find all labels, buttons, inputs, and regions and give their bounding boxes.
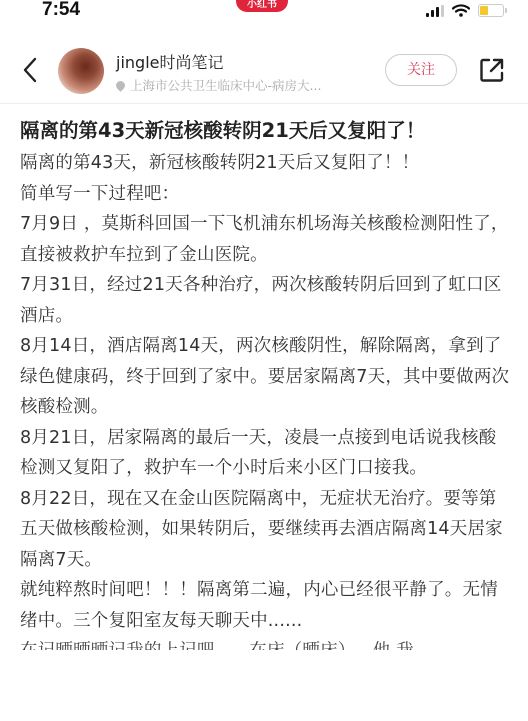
status-time: 7:54 — [42, 0, 80, 21]
post-paragraph: 隔离的第43天，新冠核酸转阴21天后又复阳了！！ — [20, 148, 510, 179]
share-icon — [478, 56, 506, 84]
post-paragraph: 8月22日，现在又在金山医院隔离中，无症状无治疗。要等第五天做核酸检测，如果转阴… — [20, 484, 510, 576]
post-paragraph: 就纯粹熬时间吧！！！隔离第二遍，内心已经很平静了。无情绪中。三个复阳室友每天聊天… — [20, 575, 510, 636]
status-bar: 7:54 小红书 — [0, 0, 528, 30]
location-text: 上海市公共卫生临床中心-病房大... — [130, 76, 321, 94]
post-paragraph-truncated: 在记晒晒晒记我的上记吧......在床（晒床）...他.我... — [20, 636, 510, 650]
author-name[interactable]: jingle时尚笔记 — [116, 50, 223, 73]
post-content: 隔离的第43天新冠核酸转阴21天后又复阳了！ 隔离的第43天，新冠核酸转阴21天… — [20, 114, 510, 650]
post-paragraph: 7月31日，经过21天各种治疗，两次核酸转阴后回到了虹口区酒店。 — [20, 270, 510, 331]
battery-icon — [478, 4, 504, 17]
author-location[interactable]: 上海市公共卫生临床中心-病房大... — [116, 76, 321, 94]
app-badge: 小红书 — [236, 0, 288, 12]
status-icons — [426, 4, 504, 17]
avatar[interactable] — [58, 48, 104, 94]
signal-icon — [426, 5, 444, 17]
location-pin-icon — [114, 79, 127, 92]
chevron-left-icon — [22, 56, 38, 84]
post-title: 隔离的第43天新冠核酸转阴21天后又复阳了！ — [20, 114, 510, 148]
share-button[interactable] — [478, 56, 506, 84]
post-header: jingle时尚笔记 上海市公共卫生临床中心-病房大... 关注 — [0, 36, 528, 104]
wifi-icon — [452, 4, 470, 17]
post-paragraph: 7月9日 ，莫斯科回国一下飞机浦东机场海关核酸检测阳性了，直接被救护车拉到了金山… — [20, 209, 510, 270]
post-body: 隔离的第43天，新冠核酸转阴21天后又复阳了！！ 简单写一下过程吧： 7月9日 … — [20, 148, 510, 650]
follow-button[interactable]: 关注 — [385, 54, 457, 86]
post-paragraph: 简单写一下过程吧： — [20, 179, 510, 210]
post-paragraph: 8月14日，酒店隔离14天，两次核酸阴性，解除隔离，拿到了绿色健康码，终于回到了… — [20, 331, 510, 423]
post-paragraph: 8月21日，居家隔离的最后一天，凌晨一点接到电话说我核酸检测又复阳了，救护车一个… — [20, 423, 510, 484]
back-button[interactable] — [18, 52, 42, 88]
